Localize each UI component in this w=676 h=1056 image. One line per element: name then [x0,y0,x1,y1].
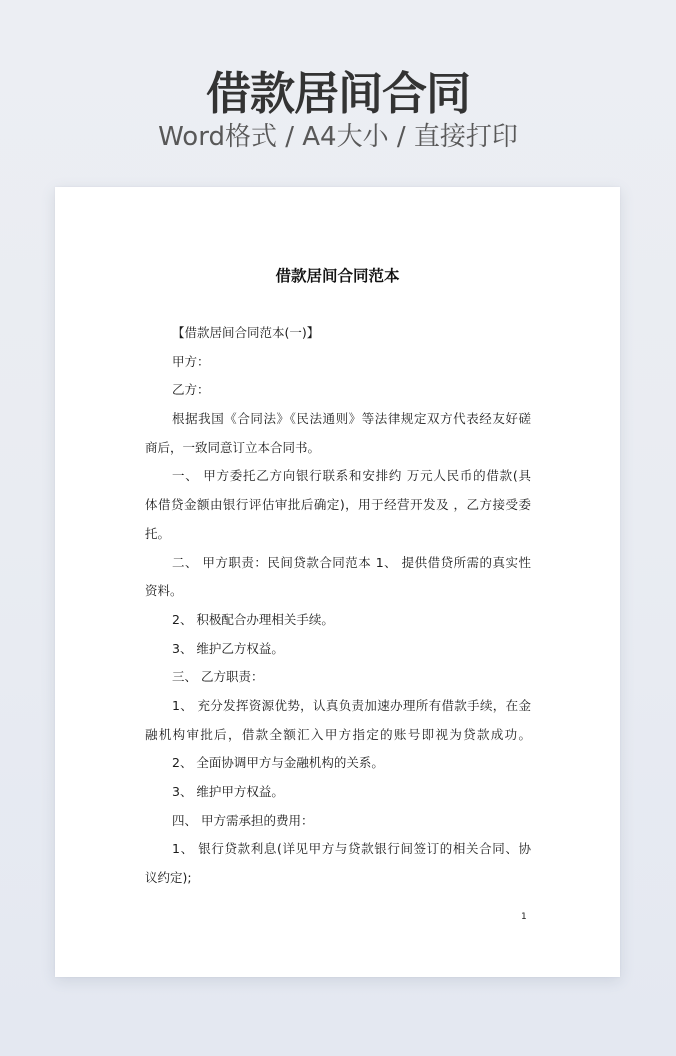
document-line: 资料。 [145,577,531,606]
document-line: 二、 甲方职责：民间贷款合同范本 1、 提供借贷所需的真实性 [145,549,531,578]
document-line: 议约定); [145,864,531,893]
document-line: 一、 甲方委托乙方向银行联系和安排约 万元人民币的借款(具 [145,462,531,491]
page-number: 1 [521,911,527,923]
document-line: 3、 维护甲方权益。 [145,778,531,807]
document-line: 【借款居间合同范本(一)】 [145,319,531,348]
document-line: 体借贷金额由银行评估审批后确定)，用于经营开发及 ，乙方接受委 [145,491,531,520]
document-line: 商后，一致同意订立本合同书。 [145,434,531,463]
document-line: 融机构审批后，借款全额汇入甲方指定的账号即视为贷款成功。 [145,721,531,750]
hero-title: 借款居间合同 [0,66,676,122]
document-line: 甲方： [145,348,531,377]
document-line: 三、 乙方职责： [145,663,531,692]
hero-subtitle: Word格式 / A4大小 / 直接打印 [0,119,676,155]
document-line: 3、 维护乙方权益。 [145,635,531,664]
document-line: 四、 甲方需承担的费用： [145,807,531,836]
document-line: 1、 充分发挥资源优势，认真负责加速办理所有借款手续，在金 [145,692,531,721]
document-line: 乙方： [145,376,531,405]
document-line: 托。 [145,520,531,549]
document-title: 借款居间合同范本 [55,265,620,287]
document-page: 借款居间合同范本 【借款居间合同范本(一)】甲方：乙方：根据我国《合同法》《民法… [55,187,620,977]
document-line: 根据我国《合同法》《民法通则》等法律规定双方代表经友好磋 [145,405,531,434]
document-body: 【借款居间合同范本(一)】甲方：乙方：根据我国《合同法》《民法通则》等法律规定双… [145,319,531,893]
document-line: 2、 全面协调甲方与金融机构的关系。 [145,749,531,778]
document-line: 2、 积极配合办理相关手续。 [145,606,531,635]
document-line: 1、 银行贷款利息(详见甲方与贷款银行间签订的相关合同、协 [145,835,531,864]
